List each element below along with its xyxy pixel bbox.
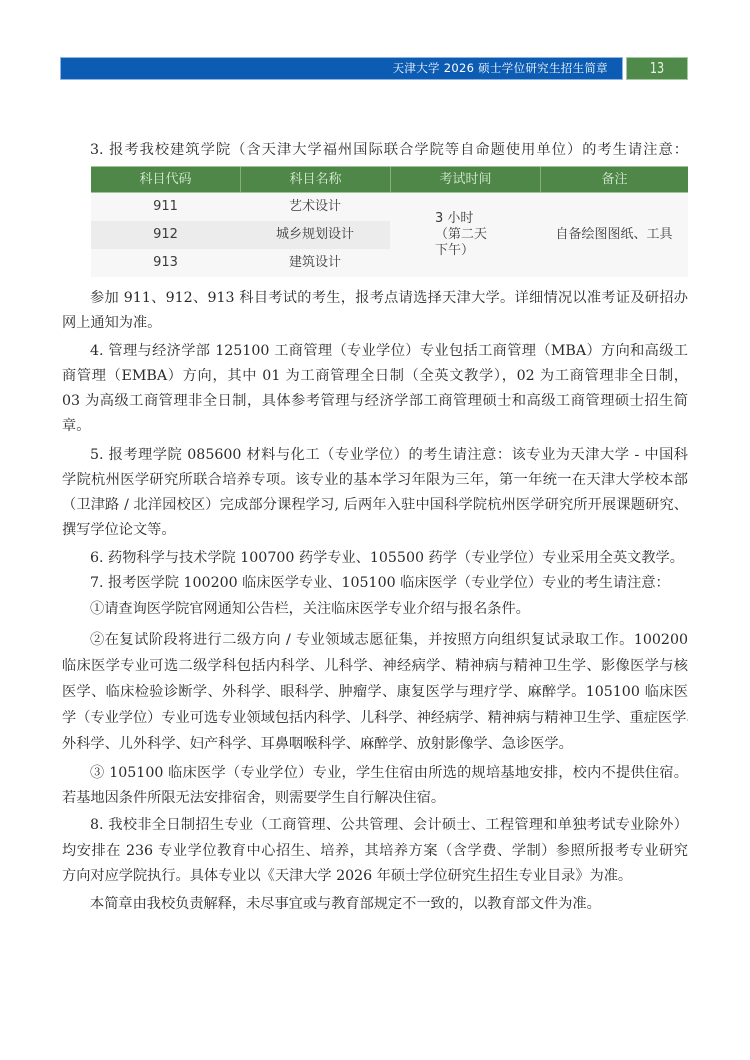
section-8-line: 均安排在 236 专业学位教育中心招生、培养，其培养方案（含学费、学制）参照所报… (62, 839, 688, 863)
column-header-note: 备注 (540, 167, 688, 192)
page-number-box: 13 (626, 57, 688, 80)
table-header: 科目代码 科目名称 考试时间 备注 (91, 166, 688, 193)
section-4-line: 03 为高级工商管理非全日制，具体参考管理与经济学部工商管理硕士和高级工商管理硕… (62, 389, 688, 413)
section-7-item-2-line: 学（专业学位）专业可选专业领域包括内科学、儿科学、神经病学、精神病与精神卫生学、… (62, 706, 688, 730)
subject-name: 建筑设计 (240, 249, 390, 277)
section-5-line: 学院杭州医学研究所联合培养专项。该专业的基本学习年限为三年，第一年统一在天津大学… (62, 468, 688, 492)
section-7-item-2-line: 临床医学专业可选二级学科包括内科学、儿科学、神经病学、精神病与精神卫生学、影像医… (62, 654, 688, 678)
exam-time-line: （第二天 (435, 227, 495, 243)
exam-time-value: 3 小时 （第二天 下午） (435, 211, 495, 259)
subject-name: 城乡规划设计 (240, 221, 390, 249)
section-7-item-2-line: ②在复试阶段将进行二级方向 / 专业领域志愿征集，并按照方向组织复试录取工作。1… (90, 628, 688, 652)
section-5-line: （卫津路 / 北洋园校区）完成部分课程学习, 后两年入驻中国科学院杭州医学研究所… (62, 493, 688, 517)
section-8-line: 8. 我校非全日制招生专业（工商管理、公共管理、会计硕士、工程管理和单独考试专业… (90, 813, 688, 837)
column-header-code: 科目代码 (91, 167, 240, 192)
section-7-line: 7. 报考医学院 100200 临床医学专业、105100 临床医学（专业学位）… (90, 571, 688, 595)
paragraph-line: 网上通知为准。 (62, 311, 688, 335)
section-8-line: 方向对应学院执行。具体专业以《天津大学 2026 年硕士学位研究生招生专业目录》… (62, 864, 688, 888)
table-row: 912 城乡规划设计 (91, 221, 390, 249)
header-bar: 天津大学 2026 硕士学位研究生招生简章 (60, 57, 623, 80)
section-7-item-3-line: ③ 105100 临床医学（专业学位）专业，学生住宿由所选的规培基地安排，校内不… (90, 761, 688, 785)
section-7-item-3-line: 若基地因条件所限无法安排宿舍，则需要学生自行解决住宿。 (62, 786, 688, 810)
column-header-name: 科目名称 (240, 167, 390, 192)
section-4-line: 商管理（EMBA）方向，其中 01 为工商管理全日制（全英文教学），02 为工商… (62, 364, 688, 388)
page-number: 13 (635, 58, 680, 79)
exam-time-cell: 3 小时 （第二天 下午） (390, 193, 540, 277)
section-4-line: 4. 管理与经济学部 125100 工商管理（专业学位）专业包括工商管理（MBA… (90, 339, 688, 363)
subject-code: 913 (91, 249, 240, 277)
section-4-line: 章。 (62, 414, 688, 438)
closing-statement: 本简章由我校负责解释，未尽事宜或与教育部规定不一致的，以教育部文件为准。 (90, 892, 688, 916)
subject-code: 912 (91, 221, 240, 249)
section-6-line: 6. 药物科学与技术学院 100700 药学专业、105500 药学（专业学位）… (90, 546, 688, 570)
table-row: 913 建筑设计 (91, 249, 390, 277)
section-5-line: 5. 报考理学院 085600 材料与化工（专业学位）的考生请注意：该专业为天津… (90, 443, 688, 467)
section-7-item-1-line: ①请查询医学院官网通知公告栏，关注临床医学专业介绍与报名条件。 (90, 597, 688, 621)
section-7-item-2-line: 外科学、儿外科学、妇产科学、耳鼻咽喉科学、麻醉学、放射影像学、急诊医学。 (62, 732, 688, 756)
section-5-line: 撰写学位论文等。 (62, 518, 688, 542)
subject-code: 911 (91, 193, 240, 221)
exam-time-line: 下午） (435, 243, 495, 259)
exam-time-line: 3 小时 (435, 211, 495, 227)
note-cell: 自备绘图图纸、工具 (540, 193, 688, 277)
section-7-item-2-line: 医学、临床检验诊断学、外科学、眼科学、肿瘤学、康复医学与理疗学、麻醉学。1051… (62, 680, 688, 704)
paragraph-line: 参加 911、912、913 科目考试的考生，报考点请选择天津大学。详细情况以准… (90, 286, 688, 310)
table-row: 911 艺术设计 (91, 193, 390, 221)
subject-name: 艺术设计 (240, 193, 390, 221)
document-title: 天津大学 2026 硕士学位研究生招生简章 (393, 58, 608, 79)
table-body: 911 艺术设计 912 城乡规划设计 913 建筑设计 3 小时 （第二天 下… (91, 193, 688, 277)
column-header-time: 考试时间 (390, 167, 540, 192)
section-3-heading: 3. 报考我校建筑学院（含天津大学福州国际联合学院等自命题使用单位）的考生请注意… (90, 138, 688, 162)
